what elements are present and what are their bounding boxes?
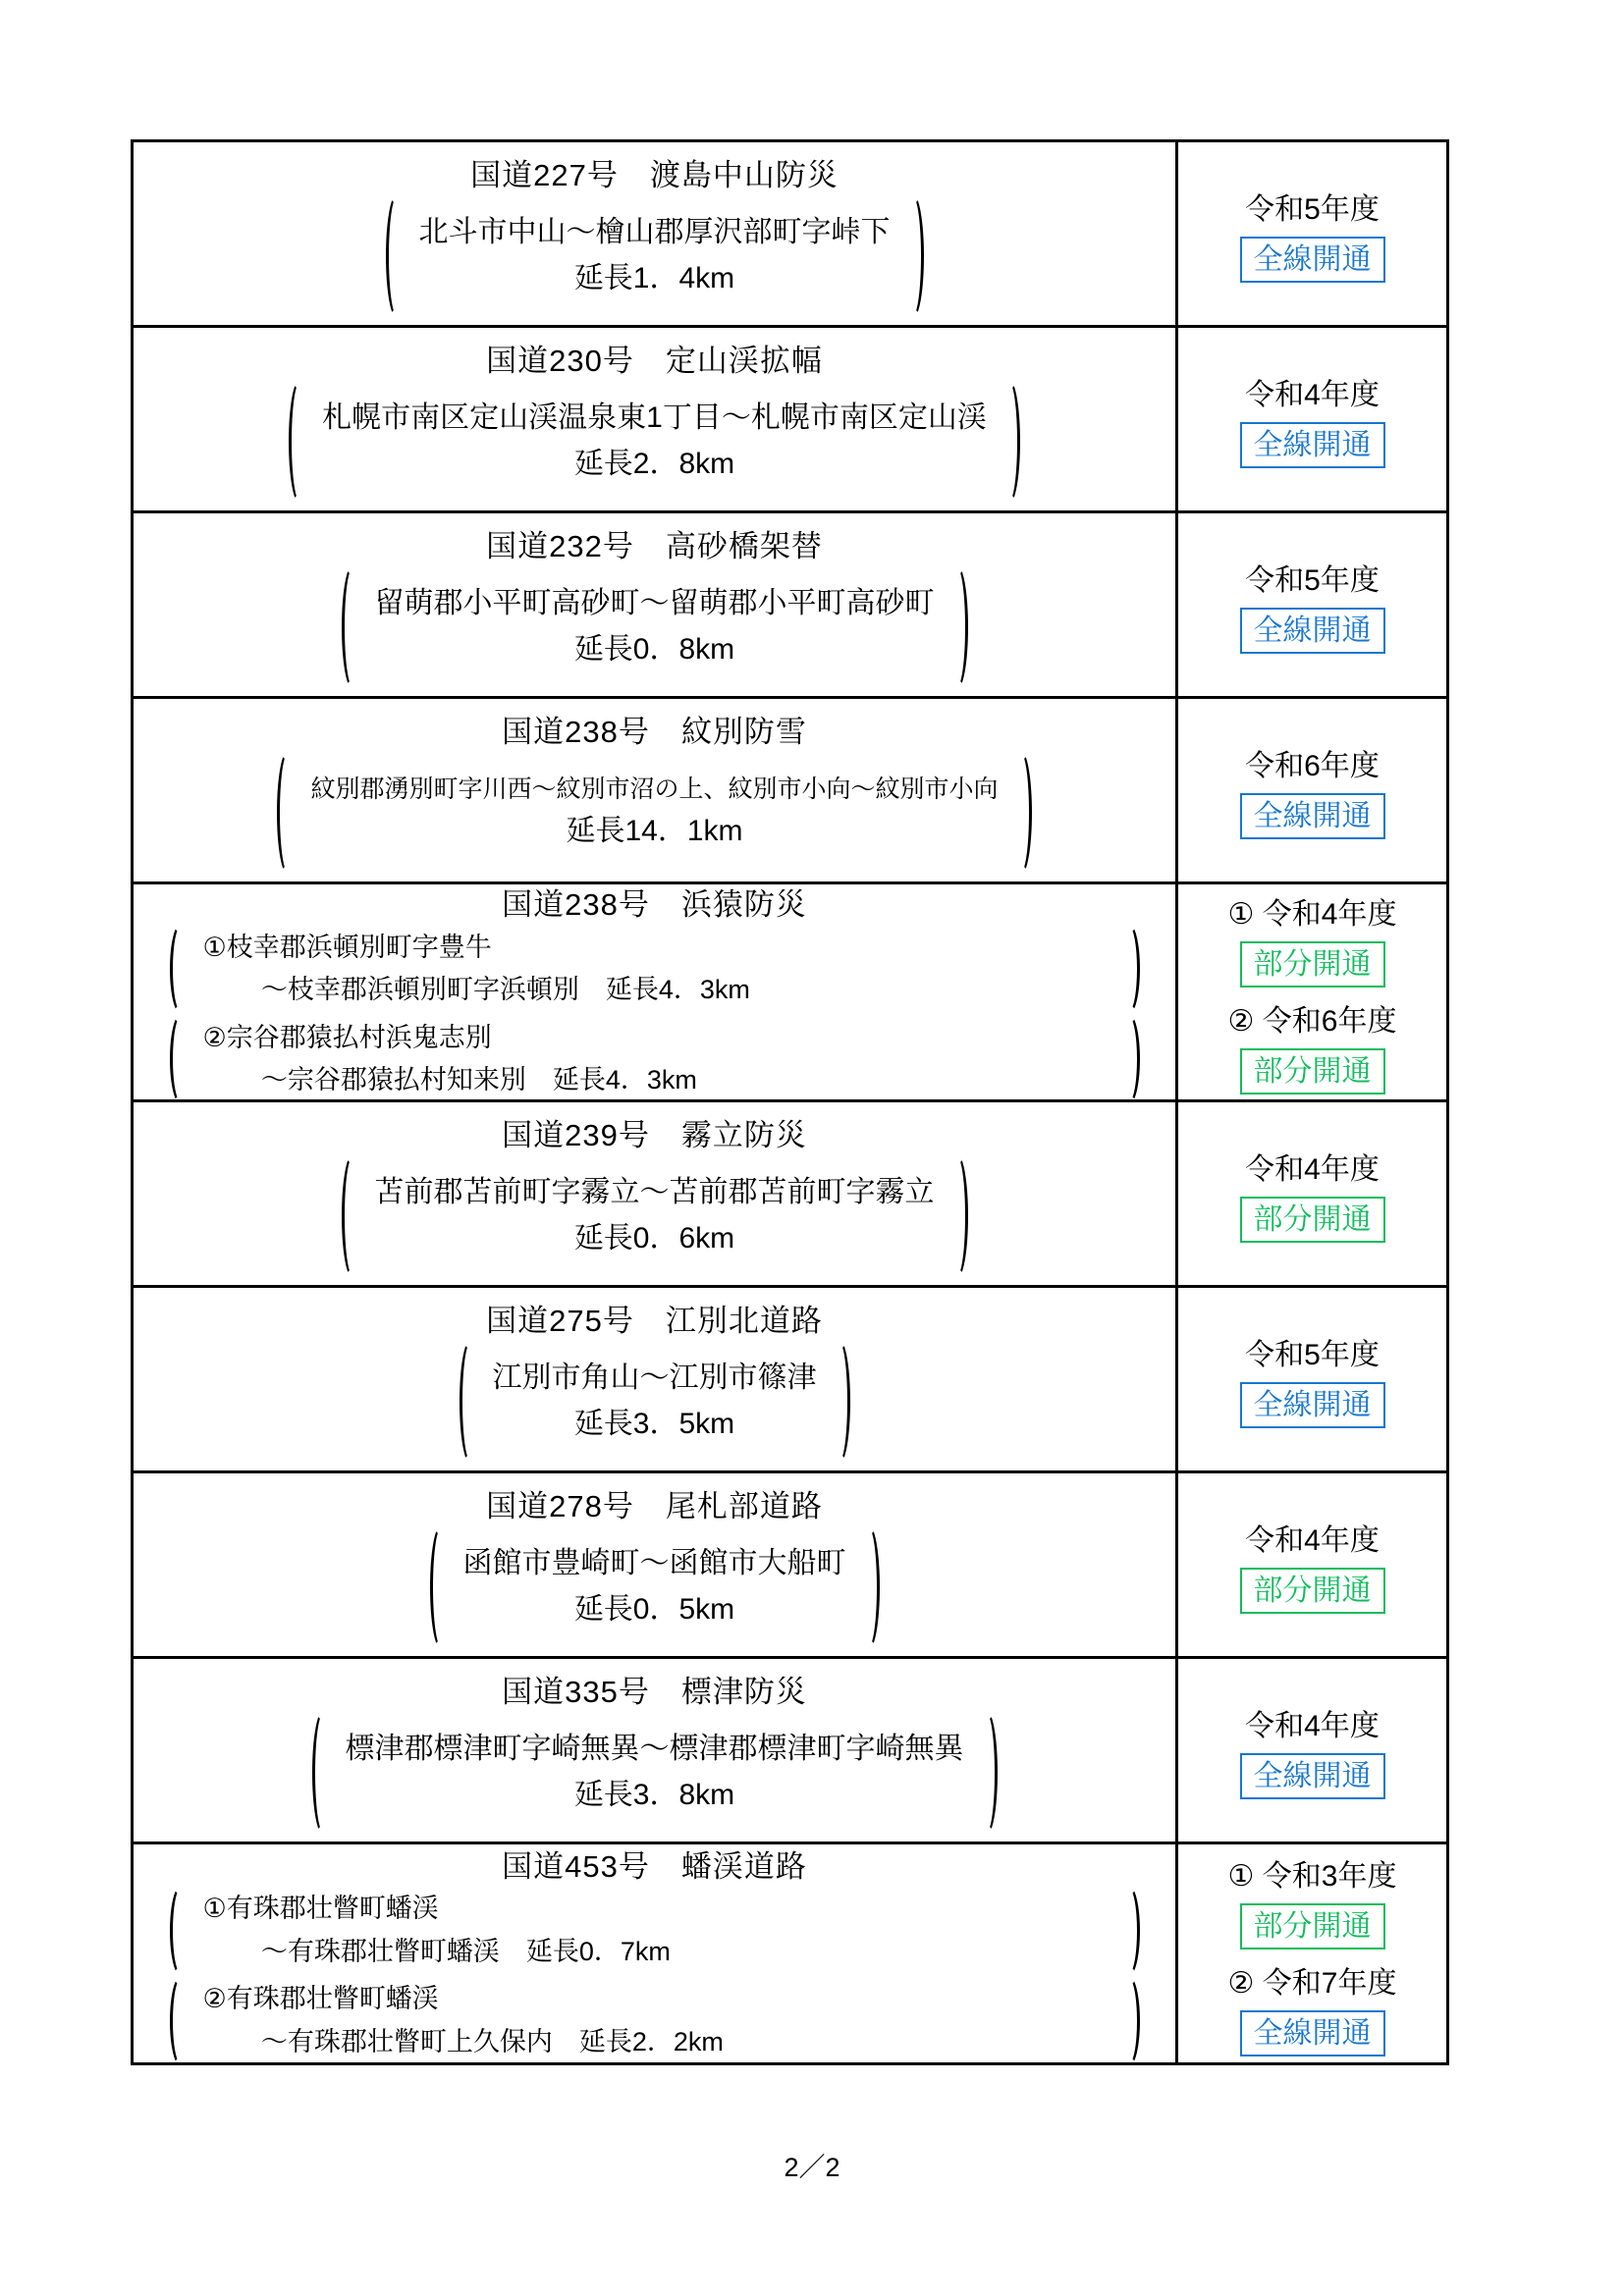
status-badge: 部分開通 [1240,941,1385,988]
project-title: 国道239号 霧立防災 [502,1110,807,1154]
project-cell: 国道239号 霧立防災苫前郡苫前町字霧立～苫前郡苫前町字霧立延長0．6km [134,1102,1178,1285]
section-line: 延長0．8km [375,627,935,673]
open-paren-icon [277,751,298,875]
section-line: 北斗市中山～檜山郡厚沢部町字峠下 [419,210,891,256]
section-line: 延長0．5km [463,1587,846,1633]
table-row: 国道453号 蟠渓道路①有珠郡壮瞥町蟠渓～有珠郡壮瞥町蟠渓 延長0．7km②有珠… [134,1844,1446,2062]
open-paren-icon [342,565,363,689]
section-lines: ②有珠郡壮瞥町蟠渓～有珠郡壮瞥町上久保内 延長2．2km [191,1978,1118,2062]
section-lines: ①枝幸郡浜頓別町字豊牛～枝幸郡浜頓別町字浜頓別 延長4．3km [191,927,1118,1011]
table-row: 国道275号 江別北道路江別市角山～江別市篠津延長3．5km令和5年度全線開通 [134,1288,1446,1473]
status-year: 令和5年度 [1245,1330,1380,1373]
section-line: ②有珠郡壮瞥町蟠渓 [203,1978,1107,2020]
status-badge: 全線開通 [1240,1753,1385,1799]
section-lines: 北斗市中山～檜山郡厚沢部町字峠下延長1．4km [407,210,902,301]
section-bracket: ①有珠郡壮瞥町蟠渓～有珠郡壮瞥町蟠渓 延長0．7km [170,1886,1140,1976]
section-bracket: 標津郡標津町字崎無異～標津郡標津町字崎無異延長3．8km [312,1711,998,1835]
status-year: 令和5年度 [1245,556,1380,599]
project-cell: 国道275号 江別北道路江別市角山～江別市篠津延長3．5km [134,1288,1178,1470]
close-paren-icon [1118,1976,1140,2063]
close-paren-icon [858,1525,880,1649]
project-title: 国道275号 江別北道路 [486,1296,823,1340]
status-badge: 部分開通 [1240,1048,1385,1095]
section-lines: 江別市角山～江別市篠津延長3．5km [481,1356,829,1447]
section-lines: 苫前郡苫前町字霧立～苫前郡苫前町字霧立延長0．6km [363,1170,947,1261]
project-title: 国道238号 浜猿防災 [502,884,807,924]
status-badge: 全線開通 [1240,1382,1385,1428]
project-cell: 国道238号 浜猿防災①枝幸郡浜頓別町字豊牛～枝幸郡浜頓別町字浜頓別 延長4．3… [134,884,1178,1099]
status-cell: 令和4年度部分開通 [1178,1102,1446,1285]
close-paren-icon [1118,924,1140,1014]
section-line: ～有珠郡壮瞥町上久保内 延長2．2km [203,2021,1107,2063]
close-paren-icon [1118,1886,1140,1976]
project-cell: 国道230号 定山渓拡幅札幌市南区定山渓温泉東1丁目～札幌市南区定山渓延長2．8… [134,328,1178,510]
close-paren-icon [902,194,924,318]
section-line: 札幌市南区定山渓温泉東1丁目～札幌市南区定山渓 [322,396,987,442]
close-paren-icon [829,1340,850,1464]
section-line: 標津郡標津町字崎無異～標津郡標津町字崎無異 [346,1727,964,1773]
section-line: 紋別郡湧別町字川西～紋別市沼の上、紋別市小向～紋別市小向 [310,771,998,809]
close-paren-icon [1118,1014,1140,1099]
project-title: 国道453号 蟠渓道路 [502,1844,807,1886]
section-lines: 標津郡標津町字崎無異～標津郡標津町字崎無異延長3．8km [334,1727,976,1818]
table-row: 国道278号 尾札部道路函館市豊崎町～函館市大船町延長0．5km令和4年度部分開… [134,1473,1446,1659]
table-row: 国道239号 霧立防災苫前郡苫前町字霧立～苫前郡苫前町字霧立延長0．6km令和4… [134,1102,1446,1288]
project-cell: 国道238号 紋別防雪紋別郡湧別町字川西～紋別市沼の上、紋別市小向～紋別市小向延… [134,699,1178,881]
section-line: ～有珠郡壮瞥町蟠渓 延長0．7km [203,1931,1107,1973]
status-badge: 部分開通 [1240,1903,1385,1949]
status-badge: 全線開通 [1240,422,1385,468]
status-cell: 令和5年度全線開通 [1178,1288,1446,1470]
section-bracket: ②宗谷郡猿払村浜鬼志別～宗谷郡猿払村知来別 延長4．3km [170,1014,1140,1099]
section-line: ②宗谷郡猿払村浜鬼志別 [203,1017,1107,1059]
status-year: 令和5年度 [1245,185,1380,228]
status-year: 令和4年度 [1245,1145,1380,1188]
status-year: 令和4年度 [1245,1516,1380,1559]
status-year: ① 令和4年度 [1228,889,1397,933]
open-paren-icon [170,1014,191,1099]
section-bracket: 留萌郡小平町高砂町～留萌郡小平町高砂町延長0．8km [342,565,968,689]
section-line: ①有珠郡壮瞥町蟠渓 [203,1888,1107,1930]
section-line: 延長14．1km [310,809,998,855]
status-badge: 全線開通 [1240,793,1385,839]
open-paren-icon [460,1340,481,1464]
status-year: 令和4年度 [1245,1701,1380,1744]
section-lines: 留萌郡小平町高砂町～留萌郡小平町高砂町延長0．8km [363,581,947,672]
section-bracket: ②有珠郡壮瞥町蟠渓～有珠郡壮瞥町上久保内 延長2．2km [170,1976,1140,2063]
section-line: ～枝幸郡浜頓別町字浜頓別 延長4．3km [203,969,1107,1011]
open-paren-icon [289,380,310,504]
section-bracket: 北斗市中山～檜山郡厚沢部町字峠下延長1．4km [386,194,924,318]
status-cell: ① 令和3年度部分開通② 令和7年度全線開通 [1178,1844,1446,2062]
section-bracket: 苫前郡苫前町字霧立～苫前郡苫前町字霧立延長0．6km [342,1154,968,1278]
status-badge: 部分開通 [1240,1568,1385,1614]
close-paren-icon [947,565,968,689]
table-row: 国道230号 定山渓拡幅札幌市南区定山渓温泉東1丁目～札幌市南区定山渓延長2．8… [134,328,1446,513]
open-paren-icon [170,924,191,1014]
section-line: 延長0．6km [375,1216,935,1262]
project-cell: 国道335号 標津防災標津郡標津町字崎無異～標津郡標津町字崎無異延長3．8km [134,1659,1178,1842]
section-lines: 札幌市南区定山渓温泉東1丁目～札幌市南区定山渓延長2．8km [310,396,999,487]
status-cell: 令和6年度全線開通 [1178,699,1446,881]
open-paren-icon [170,1976,191,2063]
status-year: 令和6年度 [1245,741,1380,784]
table-row: 国道227号 渡島中山防災北斗市中山～檜山郡厚沢部町字峠下延長1．4km令和5年… [134,142,1446,328]
section-bracket: 札幌市南区定山渓温泉東1丁目～札幌市南区定山渓延長2．8km [289,380,1020,504]
project-title: 国道278号 尾札部道路 [486,1481,823,1525]
status-cell: 令和4年度全線開通 [1178,1659,1446,1842]
section-line: 苫前郡苫前町字霧立～苫前郡苫前町字霧立 [375,1170,935,1216]
table-row: 国道335号 標津防災標津郡標津町字崎無異～標津郡標津町字崎無異延長3．8km令… [134,1659,1446,1844]
close-paren-icon [999,380,1020,504]
open-paren-icon [170,1886,191,1976]
open-paren-icon [430,1525,452,1649]
project-title: 国道335号 標津防災 [502,1667,807,1711]
section-lines: 紋別郡湧別町字川西～紋別市沼の上、紋別市小向～紋別市小向延長14．1km [298,771,1009,854]
open-paren-icon [312,1711,334,1835]
status-year: ② 令和7年度 [1228,1958,1397,2002]
status-cell: 令和5年度全線開通 [1178,513,1446,696]
open-paren-icon [342,1154,363,1278]
table-row: 国道232号 高砂橋架替留萌郡小平町高砂町～留萌郡小平町高砂町延長0．8km令和… [134,513,1446,699]
section-line: 江別市角山～江別市篠津 [493,1356,817,1402]
status-year: 令和4年度 [1245,370,1380,413]
status-year: ② 令和6年度 [1228,996,1397,1040]
section-line: 延長2．8km [322,442,987,488]
project-cell: 国道278号 尾札部道路函館市豊崎町～函館市大船町延長0．5km [134,1473,1178,1656]
page-number: 2／2 [0,2146,1624,2184]
status-cell: ① 令和4年度部分開通② 令和6年度部分開通 [1178,884,1446,1099]
project-title: 国道238号 紋別防雪 [502,707,807,751]
status-year: ① 令和3年度 [1228,1851,1397,1895]
project-cell: 国道232号 高砂橋架替留萌郡小平町高砂町～留萌郡小平町高砂町延長0．8km [134,513,1178,696]
section-bracket: 紋別郡湧別町字川西～紋別市沼の上、紋別市小向～紋別市小向延長14．1km [277,751,1031,875]
project-title: 国道230号 定山渓拡幅 [486,336,823,380]
section-line: 留萌郡小平町高砂町～留萌郡小平町高砂町 [375,581,935,627]
section-line: ～宗谷郡猿払村知来別 延長4．3km [203,1059,1107,1099]
close-paren-icon [1010,751,1032,875]
table-row: 国道238号 紋別防雪紋別郡湧別町字川西～紋別市沼の上、紋別市小向～紋別市小向延… [134,699,1446,884]
section-line: 延長3．8km [346,1773,964,1819]
section-bracket: 函館市豊崎町～函館市大船町延長0．5km [430,1525,880,1649]
close-paren-icon [976,1711,998,1835]
table-row: 国道238号 浜猿防災①枝幸郡浜頓別町字豊牛～枝幸郡浜頓別町字浜頓別 延長4．3… [134,884,1446,1102]
status-cell: 令和5年度全線開通 [1178,142,1446,325]
status-badge: 部分開通 [1240,1197,1385,1243]
project-cell: 国道453号 蟠渓道路①有珠郡壮瞥町蟠渓～有珠郡壮瞥町蟠渓 延長0．7km②有珠… [134,1844,1178,2062]
section-bracket: 江別市角山～江別市篠津延長3．5km [460,1340,850,1464]
road-projects-table: 国道227号 渡島中山防災北斗市中山～檜山郡厚沢部町字峠下延長1．4km令和5年… [131,139,1449,2065]
section-line: 延長3．5km [493,1402,817,1448]
section-line: 延長1．4km [419,256,891,302]
section-line: ①枝幸郡浜頓別町字豊牛 [203,927,1107,969]
status-badge: 全線開通 [1240,237,1385,283]
status-cell: 令和4年度全線開通 [1178,328,1446,510]
open-paren-icon [386,194,407,318]
close-paren-icon [947,1154,968,1278]
document-page: 国道227号 渡島中山防災北斗市中山～檜山郡厚沢部町字峠下延長1．4km令和5年… [0,0,1624,2296]
section-lines: 函館市豊崎町～函館市大船町延長0．5km [452,1541,858,1632]
status-badge: 全線開通 [1240,608,1385,654]
section-bracket: ①枝幸郡浜頓別町字豊牛～枝幸郡浜頓別町字浜頓別 延長4．3km [170,924,1140,1014]
project-title: 国道227号 渡島中山防災 [470,150,839,194]
section-lines: ①有珠郡壮瞥町蟠渓～有珠郡壮瞥町蟠渓 延長0．7km [191,1888,1118,1972]
project-cell: 国道227号 渡島中山防災北斗市中山～檜山郡厚沢部町字峠下延長1．4km [134,142,1178,325]
section-line: 函館市豊崎町～函館市大船町 [463,1541,846,1587]
status-badge: 全線開通 [1240,2010,1385,2056]
section-lines: ②宗谷郡猿払村浜鬼志別～宗谷郡猿払村知来別 延長4．3km [191,1017,1118,1099]
project-title: 国道232号 高砂橋架替 [486,521,823,565]
status-cell: 令和4年度部分開通 [1178,1473,1446,1656]
